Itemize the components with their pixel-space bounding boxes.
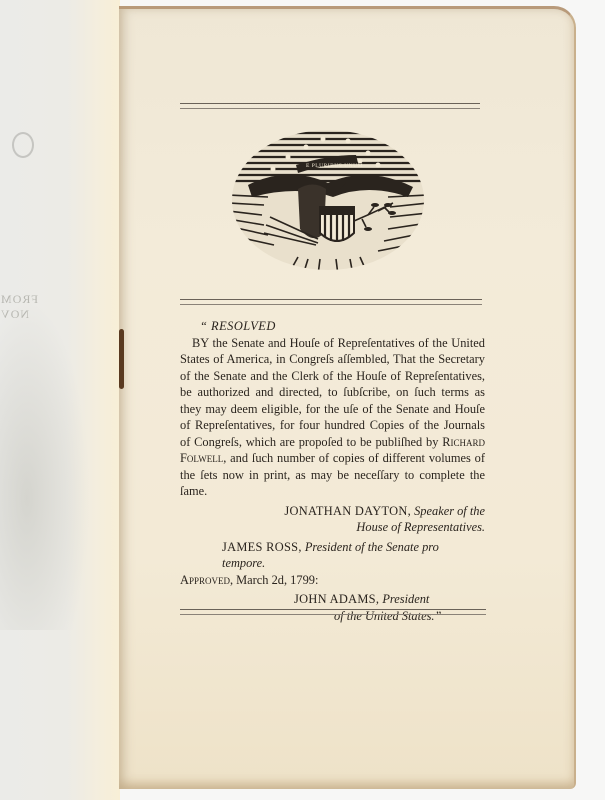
signature-adams: JOHN ADAMS, President of the United Stat… [180, 591, 485, 624]
approved-label: Approved [180, 573, 230, 587]
signature-ross: JAMES ROSS, President of the Senate pro … [180, 539, 485, 572]
middle-rule [180, 299, 482, 305]
opening-quote: “ [200, 319, 207, 333]
body-lead: BY the Senate and Houſe of Repreſentativ… [180, 336, 485, 449]
resolution-heading: “ RESOLVED [180, 318, 485, 335]
bottom-rule [180, 609, 486, 615]
body-tail: , and ſuch number of copies of different… [180, 451, 485, 498]
resolved-label: RESOLVED [211, 319, 276, 333]
resolution-text: “ RESOLVED BY the Senate and Houſe of Re… [180, 318, 485, 624]
signer-title-cont: House of Representatives. [356, 520, 485, 534]
president-name: JOHN ADAMS, [294, 592, 379, 606]
signature-dayton: JONATHAN DAYTON, Speaker of the House of… [180, 503, 485, 536]
eagle-vignette-icon: E PLURIBUS UNUM [228, 125, 428, 275]
motto-text: E PLURIBUS UNUM [306, 163, 363, 169]
show-through-letter [12, 132, 34, 158]
signer-name: JONATHAN DAYTON, [284, 504, 411, 518]
left-page: FROM NOV [0, 0, 120, 800]
president-title: President [382, 592, 429, 606]
signer-name: JAMES ROSS, [222, 540, 302, 554]
resolution-body: BY the Senate and Houſe of Repreſentativ… [180, 335, 485, 500]
show-through-text: FROM NOV [0, 292, 70, 322]
approval-line: Approved, March 2d, 1799: [180, 572, 485, 589]
approval-date: , March 2d, 1799: [230, 573, 318, 587]
top-rule [180, 103, 480, 109]
signer-title: Speaker of the [414, 504, 485, 518]
